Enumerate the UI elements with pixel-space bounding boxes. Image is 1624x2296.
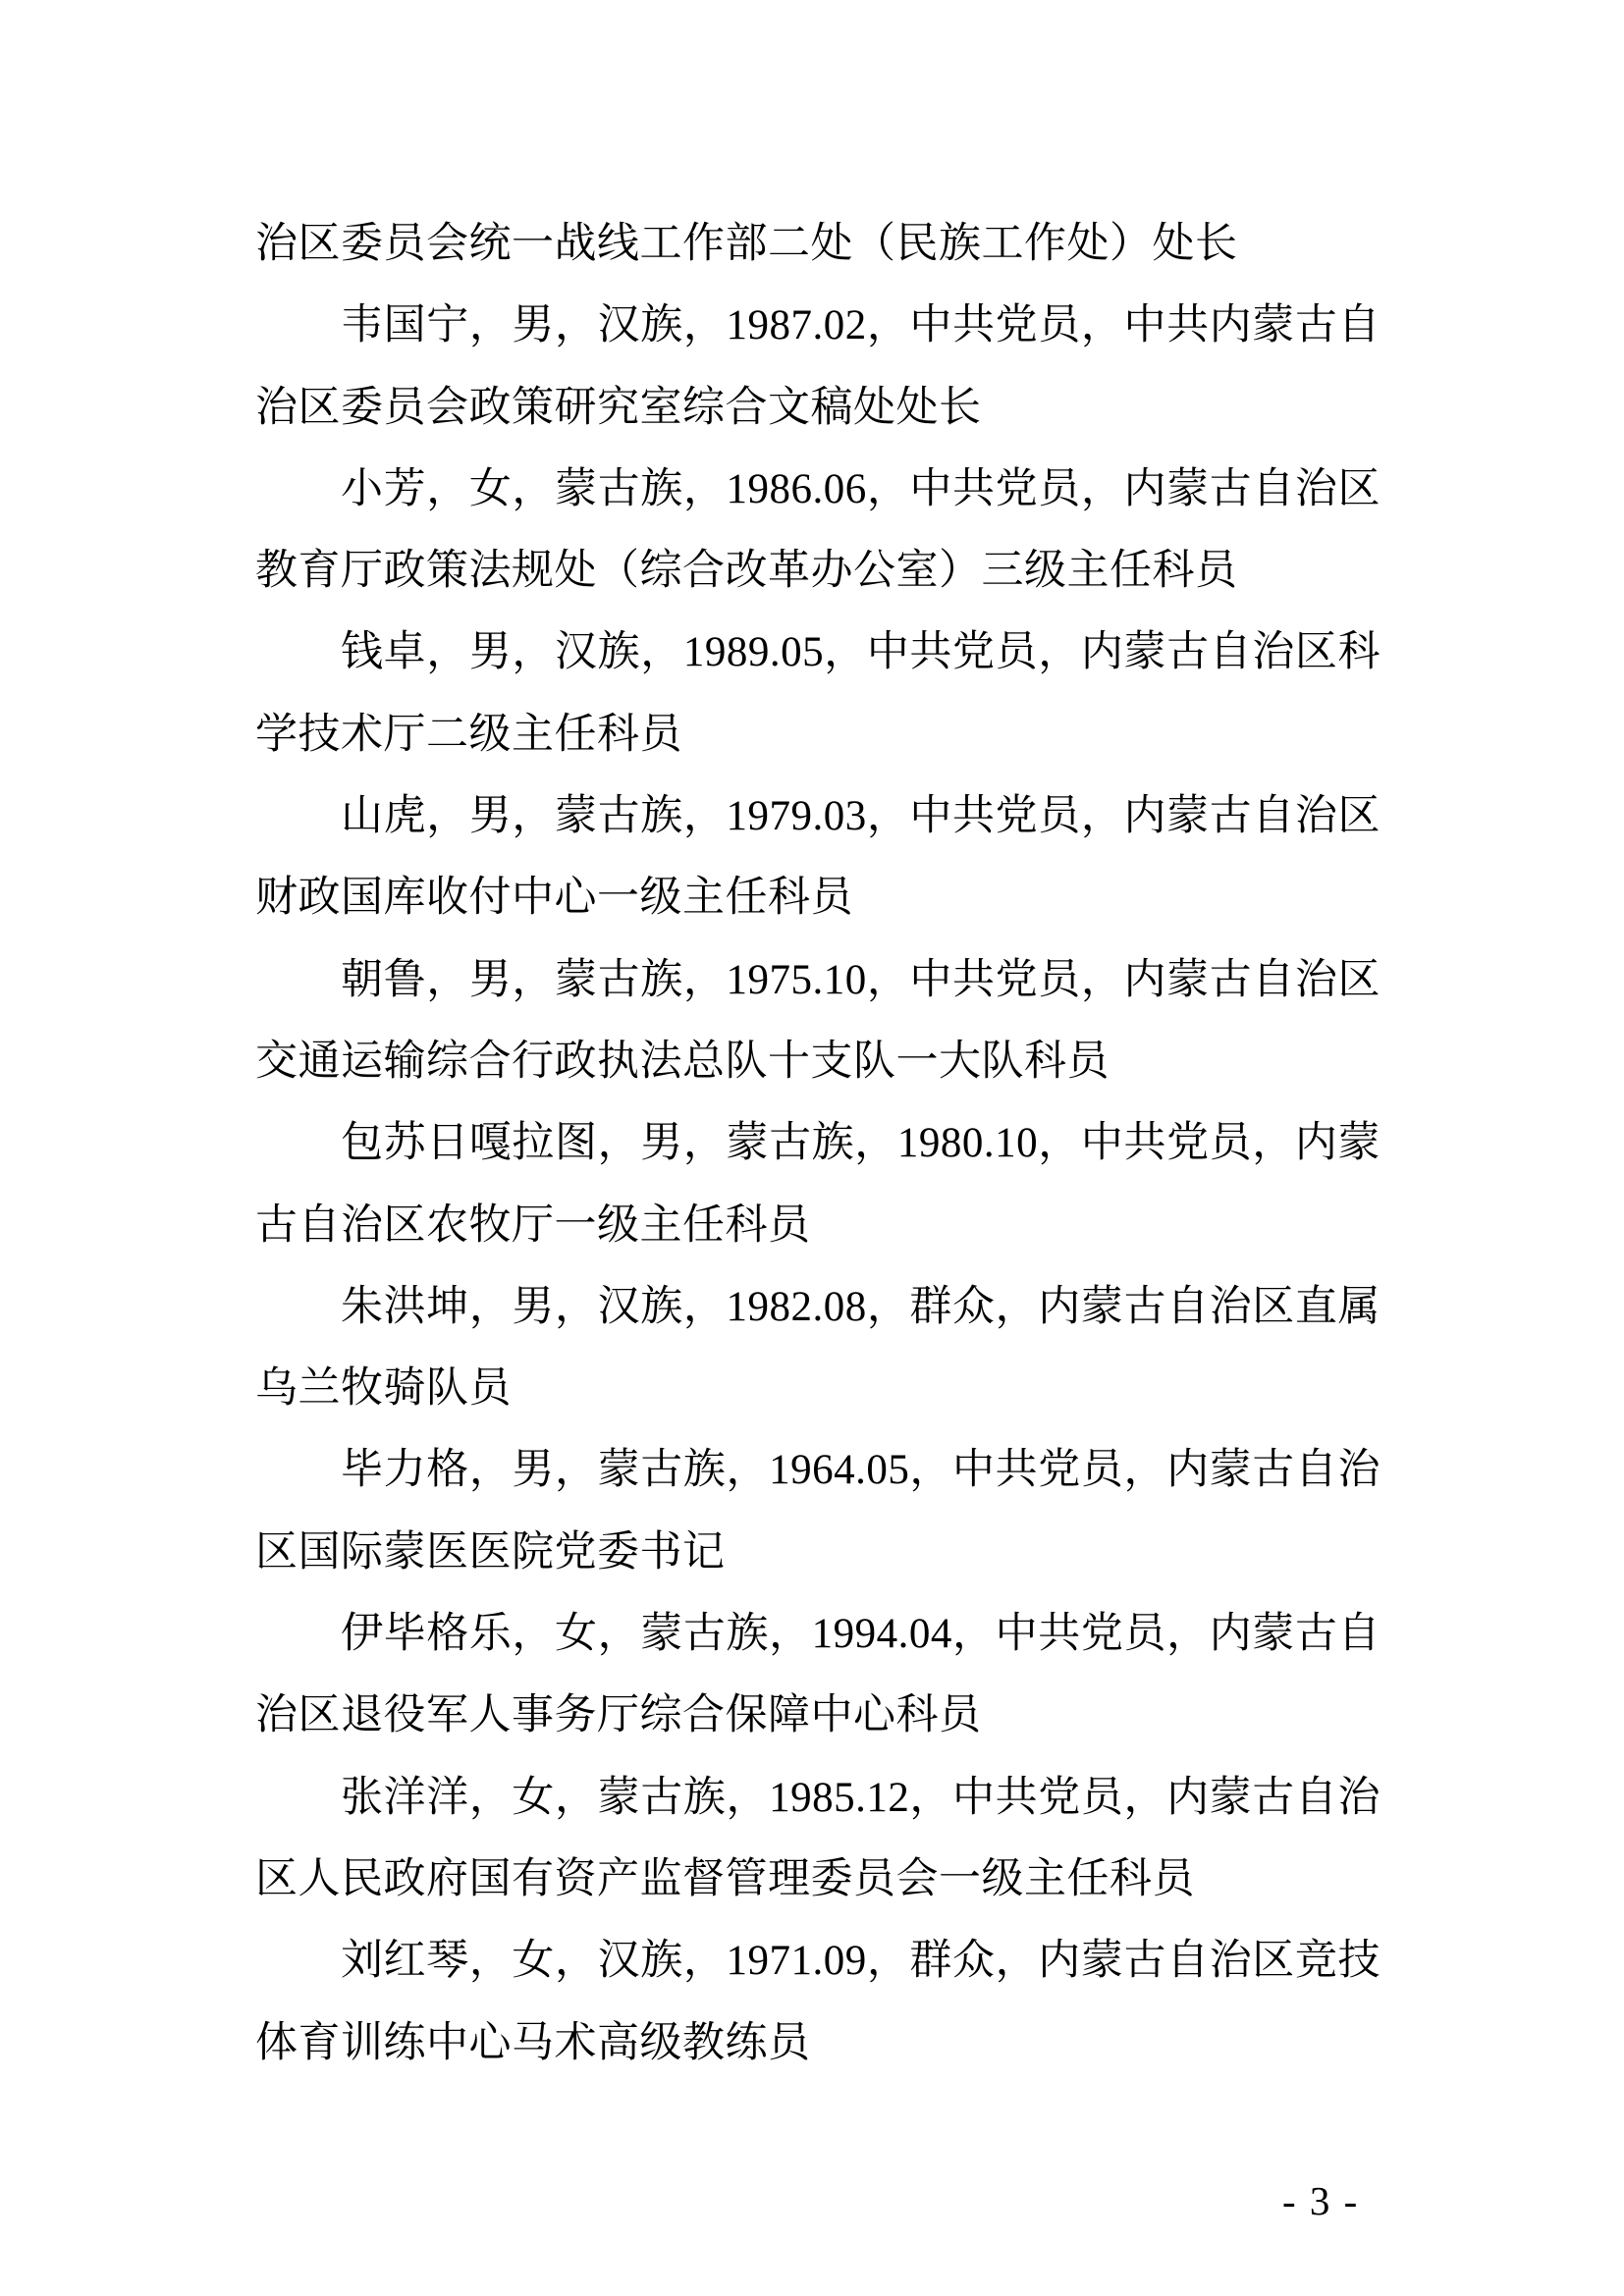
text-line: 刘红琴，女，汉族，1971.09，群众，内蒙古自治区竞技	[255, 1920, 1380, 2002]
text-line: 古自治区农牧厅一级主任科员	[255, 1185, 1380, 1266]
text-line: 财政国库收付中心一级主任科员	[255, 857, 1380, 938]
text-line: 张洋洋，女，蒙古族，1985.12，中共党员，内蒙古自治	[255, 1757, 1380, 1839]
text-line: 小芳，女，蒙古族，1986.06，中共党员，内蒙古自治区	[255, 449, 1380, 530]
page-number: - 3 -	[1282, 2178, 1359, 2223]
text-line: 教育厅政策法规处（综合改革办公室）三级主任科员	[255, 530, 1380, 612]
text-line: 乌兰牧骑队员	[255, 1348, 1380, 1429]
document-page: 治区委员会统一战线工作部二处（民族工作处）处长韦国宁，男，汉族，1987.02，…	[0, 0, 1624, 2296]
text-line: 体育训练中心马术高级教练员	[255, 2002, 1380, 2084]
document-body: 治区委员会统一战线工作部二处（民族工作处）处长韦国宁，男，汉族，1987.02，…	[255, 203, 1380, 2084]
text-line: 朝鲁，男，蒙古族，1975.10，中共党员，内蒙古自治区	[255, 939, 1380, 1021]
text-line: 治区委员会统一战线工作部二处（民族工作处）处长	[255, 203, 1380, 285]
text-line: 学技术厅二级主任科员	[255, 694, 1380, 775]
text-line: 治区委员会政策研究室综合文稿处处长	[255, 367, 1380, 449]
text-line: 包苏日嘎拉图，男，蒙古族，1980.10，中共党员，内蒙	[255, 1102, 1380, 1184]
text-line: 交通运输综合行政执法总队十支队一大队科员	[255, 1021, 1380, 1102]
text-line: 治区退役军人事务厅综合保障中心科员	[255, 1675, 1380, 1756]
text-line: 毕力格，男，蒙古族，1964.05，中共党员，内蒙古自治	[255, 1429, 1380, 1511]
text-line: 钱卓，男，汉族，1989.05，中共党员，内蒙古自治区科	[255, 612, 1380, 693]
text-line: 区国际蒙医医院党委书记	[255, 1512, 1380, 1593]
text-line: 伊毕格乐，女，蒙古族，1994.04，中共党员，内蒙古自	[255, 1593, 1380, 1675]
text-line: 朱洪坤，男，汉族，1982.08，群众，内蒙古自治区直属	[255, 1266, 1380, 1348]
text-line: 区人民政府国有资产监督管理委员会一级主任科员	[255, 1839, 1380, 1920]
text-line: 山虎，男，蒙古族，1979.03，中共党员，内蒙古自治区	[255, 775, 1380, 857]
page-footer: - 3 -	[1282, 2179, 1359, 2222]
text-line: 韦国宁，男，汉族，1987.02，中共党员，中共内蒙古自	[255, 285, 1380, 366]
